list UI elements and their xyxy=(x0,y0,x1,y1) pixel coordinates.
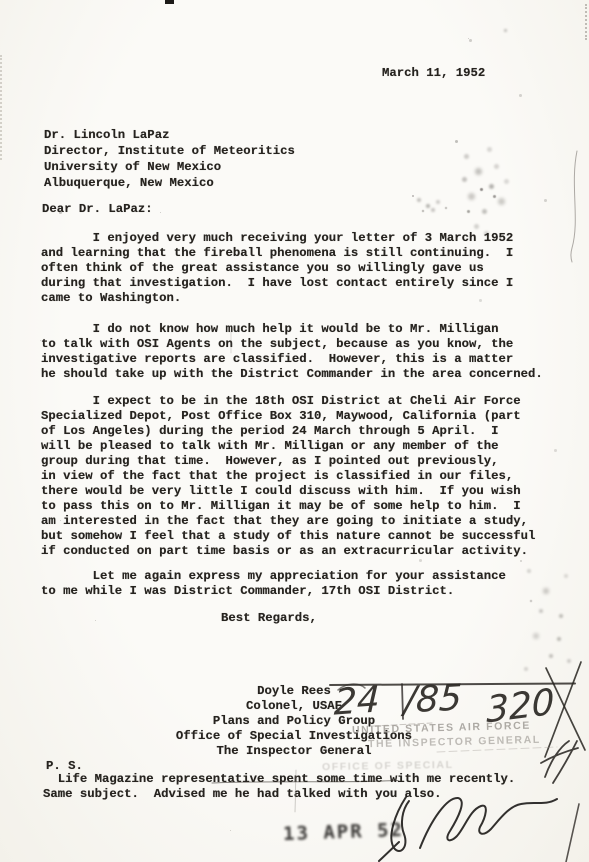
noise-speckle-cluster xyxy=(520,560,522,562)
letter-date: March 11, 1952 xyxy=(382,66,485,81)
handwritten-number-24: 24 xyxy=(333,679,380,723)
ps-body: Life Magazine representative spent some … xyxy=(43,772,515,802)
margin-curve-mark xyxy=(571,151,577,262)
paragraph-3: I expect to be in the 18th OSI District … xyxy=(41,394,535,559)
paragraph-1: I enjoyed very much receiving your lette… xyxy=(41,231,513,306)
noise-speckle-cluster xyxy=(412,195,414,197)
paragraph-4: Let me again express my appreciation for… xyxy=(41,569,506,599)
salutation: Dear Dr. LaPaz: xyxy=(42,202,153,217)
scanned-letter-page: March 11, 1952 Dr. Lincoln LaPaz Directo… xyxy=(0,0,589,862)
handwritten-signature-scrawl xyxy=(379,797,557,861)
closing: Best Regards, xyxy=(221,611,317,626)
stamp-office-faint: OFFICE OF SPECIAL xyxy=(322,759,454,773)
noise-speckle-cluster xyxy=(0,0,1,1)
scan-corner-mark xyxy=(165,0,174,4)
smudged-date-stamp: 13 APR 52 xyxy=(283,819,405,845)
noise-speckle-cluster xyxy=(455,140,458,143)
handwritten-initials xyxy=(541,741,578,783)
bottom-slash-mark xyxy=(566,804,579,862)
paragraph-2: I do not know how much help it would be … xyxy=(41,322,543,382)
handwritten-number-320: 320 xyxy=(486,682,555,732)
scan-edge-marks xyxy=(0,55,2,160)
handwritten-number-85: /85 xyxy=(403,677,463,721)
scan-edge-marks xyxy=(585,4,587,40)
recipient-address: Dr. Lincoln LaPaz Director, Institute of… xyxy=(44,127,295,191)
